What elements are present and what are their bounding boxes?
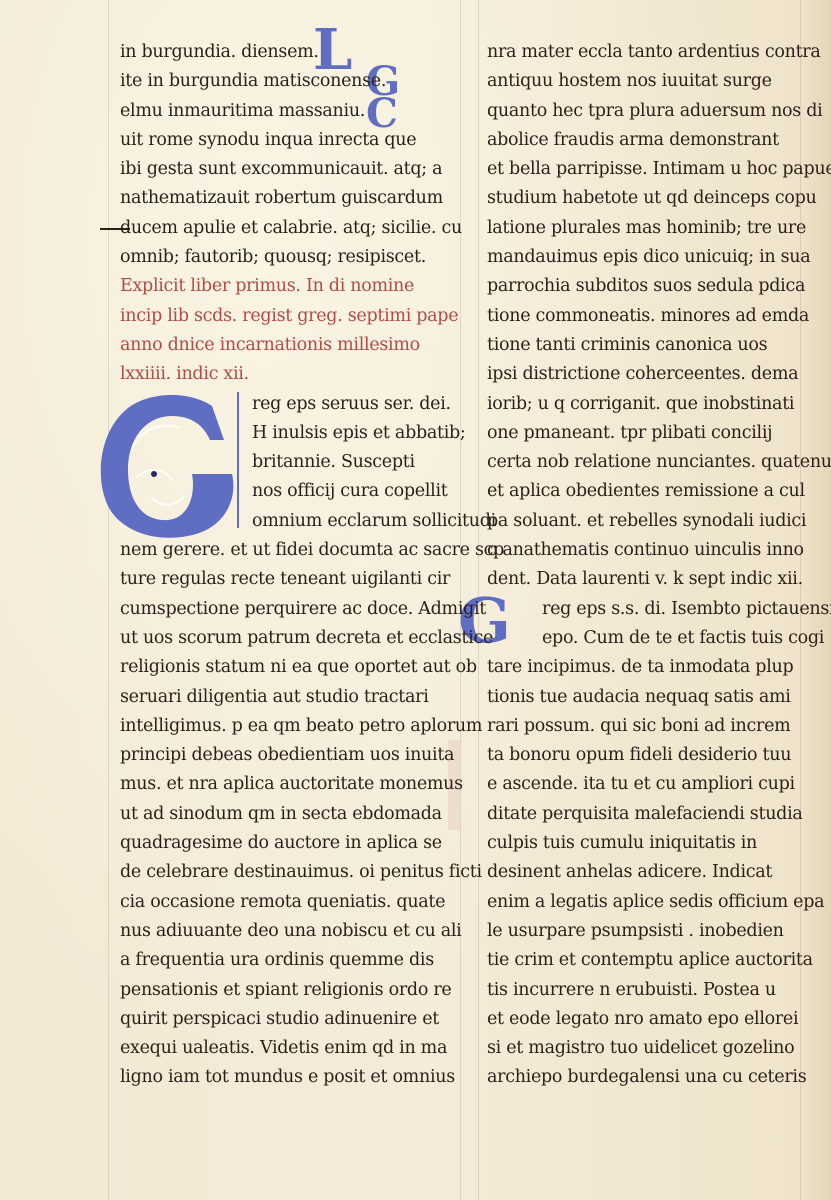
text-line: studium habetote ut qd deinceps copu xyxy=(487,184,807,213)
text-line: et eode legato nro amato epo ellorei xyxy=(487,1005,807,1034)
text-line: nus adiuuante deo una nobiscu et cu ali xyxy=(120,917,455,946)
text-line: latione plurales mas hominib; tre ure xyxy=(487,214,807,243)
text-line: nem gerere. et ut fidei documta ac sacre… xyxy=(120,536,455,565)
text-line: ducem apulie et calabrie. atq; sicilie. … xyxy=(120,214,455,243)
text-line: rari possum. qui sic boni ad increm xyxy=(487,712,807,741)
text-line: et bella parripisse. Intimam u hoc papue xyxy=(487,155,807,184)
text-line: mandauimus epis dico unicuiq; in sua xyxy=(487,243,807,272)
text-line: cia occasione remota queniatis. quate xyxy=(120,888,455,917)
text-line: dent. Data laurenti v. k sept indic xii. xyxy=(487,565,807,594)
rubric-line: lxxiiii. indic xii. xyxy=(120,360,455,389)
manuscript-page: L G C G in burgundia. diensem. ite in bu… xyxy=(0,0,831,1200)
text-line: ipsi districtione coherceentes. dema xyxy=(487,360,807,389)
rubric-line: incip lib scds. regist greg. septimi pap… xyxy=(120,302,455,331)
text-line: epo. Cum de te et factis tuis cogi xyxy=(487,624,807,653)
text-line: abolice fraudis arma demonstrant xyxy=(487,126,807,155)
text-line: elmu inmauritima massaniu. xyxy=(120,97,455,126)
text-line: de celebrare destinauimus. oi penitus fi… xyxy=(120,858,455,887)
text-line: uit rome synodu inqua inrecta que xyxy=(120,126,455,155)
text-line: archiepo burdegalensi una cu ceteris xyxy=(487,1063,807,1092)
text-line: tione tanti criminis canonica uos xyxy=(487,331,807,360)
text-line: exequi ualeatis. Videtis enim qd in ma xyxy=(120,1034,455,1063)
text-line: in burgundia. diensem. xyxy=(120,38,455,67)
text-line: enim a legatis aplice sedis officium epa xyxy=(487,888,807,917)
text-line: nathematizauit robertum guiscardum xyxy=(120,184,455,213)
text-line: tie crim et contemptu aplice auctorita xyxy=(487,946,807,975)
text-line: pa soluant. et rebelles synodali iudici xyxy=(487,507,807,536)
text-line: britannie. Suscepti xyxy=(120,448,455,477)
text-line: tare incipimus. de ta inmodata plup xyxy=(487,653,807,682)
text-line: iorib; u q corriganit. que inobstinati xyxy=(487,390,807,419)
ruling-line xyxy=(108,0,109,1200)
text-line: cumspectione perquirere ac doce. Admigit xyxy=(120,595,455,624)
text-line: desinent anhelas adicere. Indicat xyxy=(487,858,807,887)
text-line: omnium ecclarum sollicitudi xyxy=(120,507,455,536)
text-line: reg eps s.s. di. Isembto pictauensi xyxy=(487,595,807,624)
text-line: seruari diligentia aut studio tractari xyxy=(120,683,455,712)
text-line: antiquu hostem nos iuuitat surge xyxy=(487,67,807,96)
text-line: le usurpare psumpsisti . inobedien xyxy=(487,917,807,946)
text-line: ditate perquisita malefaciendi studia xyxy=(487,800,807,829)
text-line: ibi gesta sunt excommunicauit. atq; a xyxy=(120,155,455,184)
text-line: certa nob relatione nunciantes. quatenus xyxy=(487,448,807,477)
text-line: ligno iam tot mundus e posit et omnius xyxy=(120,1063,455,1092)
rubric-line: Explicit liber primus. In di nomine xyxy=(120,272,455,301)
text-line: quirit perspicaci studio adinuenire et xyxy=(120,1005,455,1034)
text-line: nos officij cura copellit xyxy=(120,477,455,506)
text-line: quadragesime do auctore in aplica se xyxy=(120,829,455,858)
text-line: tionis tue audacia nequaq satis ami xyxy=(487,683,807,712)
text-line: H inulsis epis et abbatib; xyxy=(120,419,455,448)
text-line: one pmaneant. tpr plibati concilij xyxy=(487,419,807,448)
text-line: ta bonoru opum fideli desiderio tuu xyxy=(487,741,807,770)
text-line: pensationis et spiant religionis ordo re xyxy=(120,976,455,1005)
text-line: o anathematis continuo uinculis inno xyxy=(487,536,807,565)
text-line: si et magistro tuo uidelicet gozelino xyxy=(487,1034,807,1063)
text-line: ite in burgundia matisconense. xyxy=(120,67,455,96)
text-line: tione commoneatis. minores ad emda xyxy=(487,302,807,331)
text-line: tis incurrere n erubuisti. Postea u xyxy=(487,976,807,1005)
text-line: religionis statum ni ea que oportet aut … xyxy=(120,653,455,682)
text-line: nra mater eccla tanto ardentius contra xyxy=(487,38,807,67)
text-line: principi debeas obedientiam uos inuita xyxy=(120,741,455,770)
text-line: e ascende. ita tu et cu ampliori cupi xyxy=(487,770,807,799)
text-line: reg eps seruus ser. dei. xyxy=(120,390,455,419)
right-column: nra mater eccla tanto ardentius contra a… xyxy=(487,38,807,1093)
rubric-line: anno dnice incarnationis millesimo xyxy=(120,331,455,360)
text-line: a frequentia ura ordinis quemme dis xyxy=(120,946,455,975)
text-line: culpis tuis cumulu iniquitatis in xyxy=(487,829,807,858)
text-line: parrochia subditos suos sedula pdica xyxy=(487,272,807,301)
text-line: intelligimus. p ea qm beato petro aploru… xyxy=(120,712,455,741)
left-column: in burgundia. diensem. ite in burgundia … xyxy=(120,38,455,1093)
text-line: ture regulas recte teneant uigilanti cir xyxy=(120,565,455,594)
text-line: mus. et nra aplica auctoritate monemus xyxy=(120,770,455,799)
text-line: omnib; fautorib; quousq; resipiscet. xyxy=(120,243,455,272)
text-line: ut uos scorum patrum decreta et ecclasti… xyxy=(120,624,455,653)
text-line: quanto hec tpra plura aduersum nos di xyxy=(487,97,807,126)
text-line: et aplica obedientes remissione a cul xyxy=(487,477,807,506)
text-line: ut ad sinodum qm in secta ebdomada xyxy=(120,800,455,829)
